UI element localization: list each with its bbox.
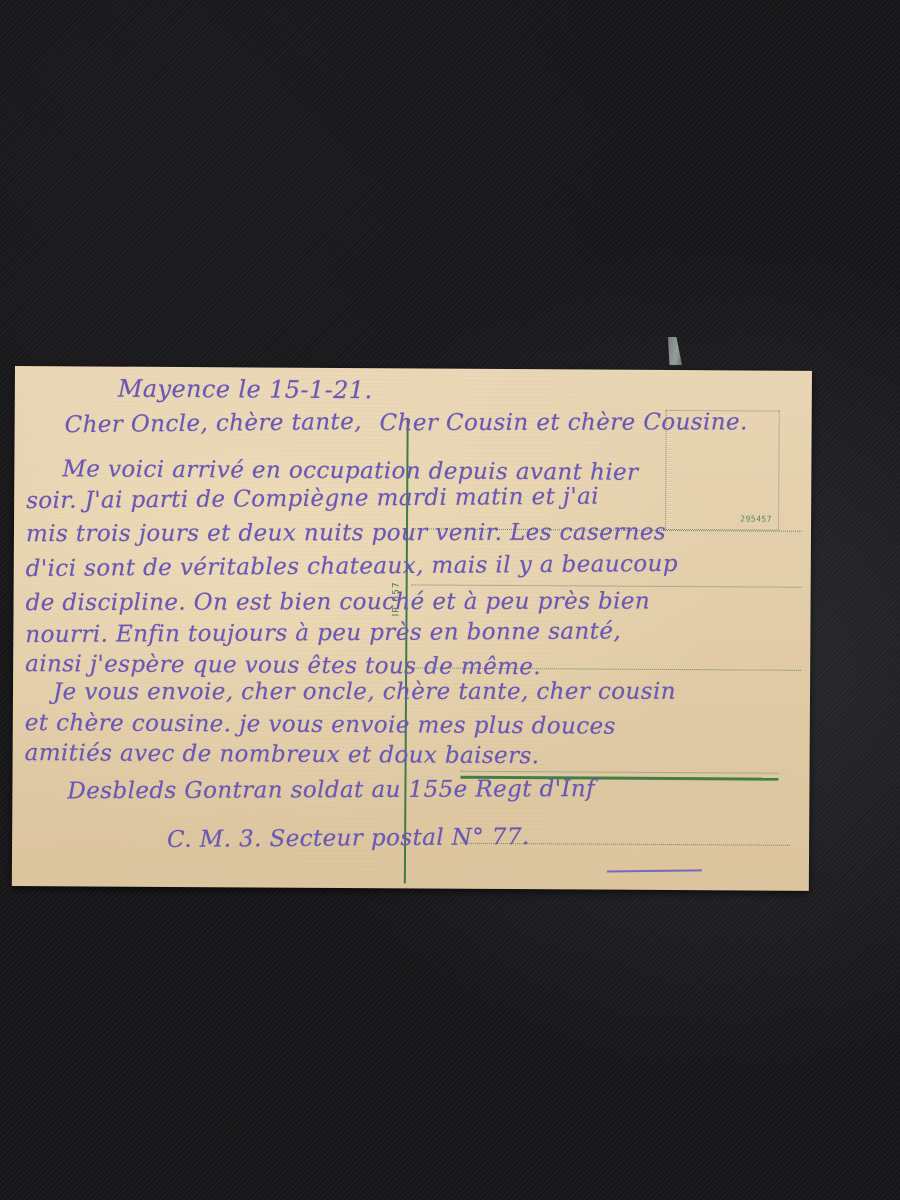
salutation-right: Cher Cousin et chère Cousine. [380, 411, 748, 435]
letter-line-1: Me voici arrivé en occupation depuis ava… [62, 458, 638, 485]
letter-line-5: de discipline. On est bien couché et à p… [26, 590, 651, 615]
letter-line-7: ainsi j'espère que vous êtes tous de mêm… [25, 653, 541, 679]
postal-address: C. M. 3. Secteur postal N° 77. [167, 826, 530, 852]
place-date: Mayence le 15-1-21. [118, 377, 373, 403]
postcard-back: 295457 IR 657 Mayence le 15-1-21. Cher O… [12, 366, 812, 891]
signature: Desbleds Gontran soldat au 155e Regt d'I… [67, 778, 595, 803]
letter-line-4: d'ici sont de véritables chateaux, mais … [26, 553, 678, 581]
salutation-left: Cher Oncle, chère tante, [65, 411, 362, 437]
letter-line-8: Je vous envoie, cher oncle, chère tante,… [53, 681, 676, 705]
letter-line-2: soir. J'ai parti de Compiègne mardi mati… [26, 486, 599, 513]
letter-line-9: et chère cousine. je vous envoie mes plu… [25, 712, 616, 739]
letter-line-3: mis trois jours et deux nuits pour venir… [26, 521, 666, 546]
letter-line-10: amitiés avec de nombreux et doux baisers… [25, 742, 540, 768]
handwritten-letter: Mayence le 15-1-21. Cher Oncle, chère ta… [12, 366, 812, 891]
paper-scrap [668, 337, 682, 365]
letter-line-6: nourri. Enfin toujours à peu près en bon… [25, 620, 621, 647]
